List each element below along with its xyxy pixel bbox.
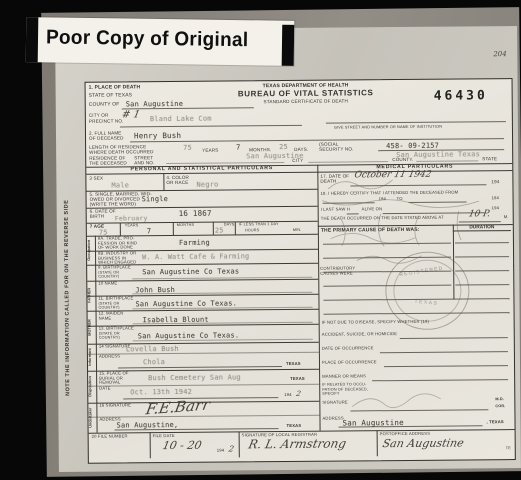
rule xyxy=(88,384,319,387)
state-label: STATE xyxy=(482,156,497,161)
rule xyxy=(120,222,121,235)
file-number-label: 20 FILE NUMBER xyxy=(92,434,128,439)
banner-right-bar xyxy=(282,25,295,66)
rule xyxy=(239,431,240,457)
reverse-side-note: NOTE THE INFORMATION CALLED FOR ON THE R… xyxy=(63,148,80,448)
informant-address-value: Chola xyxy=(143,358,165,366)
residence-months-value: 7 xyxy=(236,143,240,151)
age-days-label: DAYS xyxy=(224,222,235,226)
side-label-mother: MOTHER xyxy=(88,311,96,344)
burial-place-value: Bush Cemetery San Aug xyxy=(148,373,241,382)
sex-label: 3 SEX xyxy=(89,176,103,181)
residence-years-value: 75 xyxy=(183,144,192,152)
institution-note: GIVE STREET AND NUMBER OR NAME OF INSTIT… xyxy=(334,125,442,130)
certificate-paper: NOTE THE INFORMATION CALLED FOR ON THE R… xyxy=(55,26,521,472)
marital-label3: (WRITE THE WORD) xyxy=(90,201,137,207)
year-194-printed: 194 xyxy=(284,393,291,398)
sex-value: Male xyxy=(111,181,129,189)
fullname-value: Henry Bush xyxy=(134,131,181,140)
rule xyxy=(173,222,174,235)
dept-line3: STANDARD CERTIFICATE OF DEATH xyxy=(206,98,406,105)
state-of-texas-label: STATE OF TEXAS xyxy=(89,93,133,99)
age-months-value: 7 xyxy=(147,227,151,235)
mother-name-label2: NAME xyxy=(99,317,112,322)
rule xyxy=(130,138,504,142)
age-days-value: 25 xyxy=(215,227,224,235)
rule xyxy=(88,415,319,418)
rule xyxy=(308,161,388,163)
poor-copy-banner: Poor Copy of Original xyxy=(26,17,295,66)
min-label: MIN. xyxy=(293,228,302,232)
postoffice-state-label: TE xyxy=(506,446,511,450)
year-194-file: 194 xyxy=(217,449,224,454)
residence-length-label2: WHERE DEATH OCCURRED xyxy=(89,149,153,155)
age-years-label: YEARS xyxy=(125,223,139,227)
age-months-label: MONTHS xyxy=(177,223,194,227)
rule xyxy=(122,107,254,109)
rule xyxy=(213,222,214,235)
county-of-label: COUNTY OF xyxy=(89,102,120,108)
city-or-label: CITY OR xyxy=(89,113,109,118)
birthplace-value: San Augustine Co Texas xyxy=(142,267,239,276)
dob-value: 16 1867 xyxy=(179,209,212,218)
informant-address-label: ADDRESS xyxy=(99,354,120,359)
precinct-place-value: Bland Lake Com xyxy=(150,115,212,124)
dob-label2: BIRTH xyxy=(90,214,104,219)
postoffice-address-value: San Augustine xyxy=(381,436,465,450)
rule xyxy=(88,352,319,355)
mother-birthplace-label3: COUNTRY) xyxy=(99,335,120,339)
trade-value: Farming xyxy=(179,239,210,247)
texas-label-2: TEXAS xyxy=(290,377,305,382)
father-birthplace-label3: COUNTRY) xyxy=(98,305,119,309)
rule xyxy=(87,279,318,282)
burial-date-label: DATE xyxy=(99,387,111,392)
place-of-death-label: 1. PLACE OF DEATH xyxy=(89,85,141,91)
certificate-number: 46430 xyxy=(434,88,508,104)
rule xyxy=(115,428,279,430)
birthplace-label3: COUNTRY) xyxy=(98,274,119,278)
local-registrar-signature: R. L. Armstrong xyxy=(247,436,347,451)
rule xyxy=(377,430,378,456)
if-less-than-day-label: IF LESS THAN 1 DAY xyxy=(239,222,279,227)
file-date-value: 10 - 20 xyxy=(161,439,202,452)
rule xyxy=(133,339,313,342)
rule xyxy=(235,221,236,234)
fullname-label2: OF DECEASED xyxy=(89,135,124,140)
city-label: CITY xyxy=(292,158,303,163)
precinct-value: # 1 xyxy=(121,109,141,120)
residence-label2: THE DECEASED xyxy=(89,160,127,165)
banner-left-bar xyxy=(26,17,39,62)
rule xyxy=(416,160,478,162)
county-label: COUNTY. xyxy=(392,157,413,162)
rule xyxy=(326,121,506,124)
year-2-file: 2 xyxy=(228,444,235,453)
rule xyxy=(163,173,164,190)
banner-text: Poor Copy of Original xyxy=(46,26,249,52)
rule xyxy=(118,366,282,368)
page-number-note: 204 xyxy=(493,50,506,58)
ssn-label2: SECURITY NO. xyxy=(319,146,353,151)
rule xyxy=(150,432,151,458)
texas-label-1: TEXAS xyxy=(286,362,301,367)
street-label2: AND NO. xyxy=(134,160,154,165)
round-official-stamp: REGISTERED TEXAS xyxy=(385,251,470,330)
hours-label: HOURS xyxy=(245,228,260,232)
residence-days-value: 25 xyxy=(279,143,288,151)
scanned-death-certificate-photo: NOTE THE INFORMATION CALLED FOR ON THE R… xyxy=(0,0,521,480)
rule xyxy=(120,125,302,128)
undertaker-signature-label: 16 SIGNATURE xyxy=(99,403,131,408)
texas-label-3: TEXAS xyxy=(287,424,302,429)
race-label2: OR RACE xyxy=(166,180,188,185)
burial-date-value: Oct. 13th 1942 xyxy=(130,388,192,397)
precinct-no-label: PRECINCT NO. xyxy=(89,118,124,123)
side-label-informant: Informant xyxy=(88,344,96,371)
industry-value: W. A. Watt Cafe & Farming xyxy=(142,252,249,261)
year-2-handwritten: 2 xyxy=(295,390,301,398)
years-label: YEARS xyxy=(202,148,218,153)
father-name-label: 10 NAME xyxy=(98,281,117,286)
marital-value: Single xyxy=(142,195,169,203)
certificate-form: 1. PLACE OF DEATH STATE OF TEXAS COUNTY … xyxy=(85,78,516,464)
race-value: Negro xyxy=(196,181,218,189)
rule xyxy=(166,162,284,164)
